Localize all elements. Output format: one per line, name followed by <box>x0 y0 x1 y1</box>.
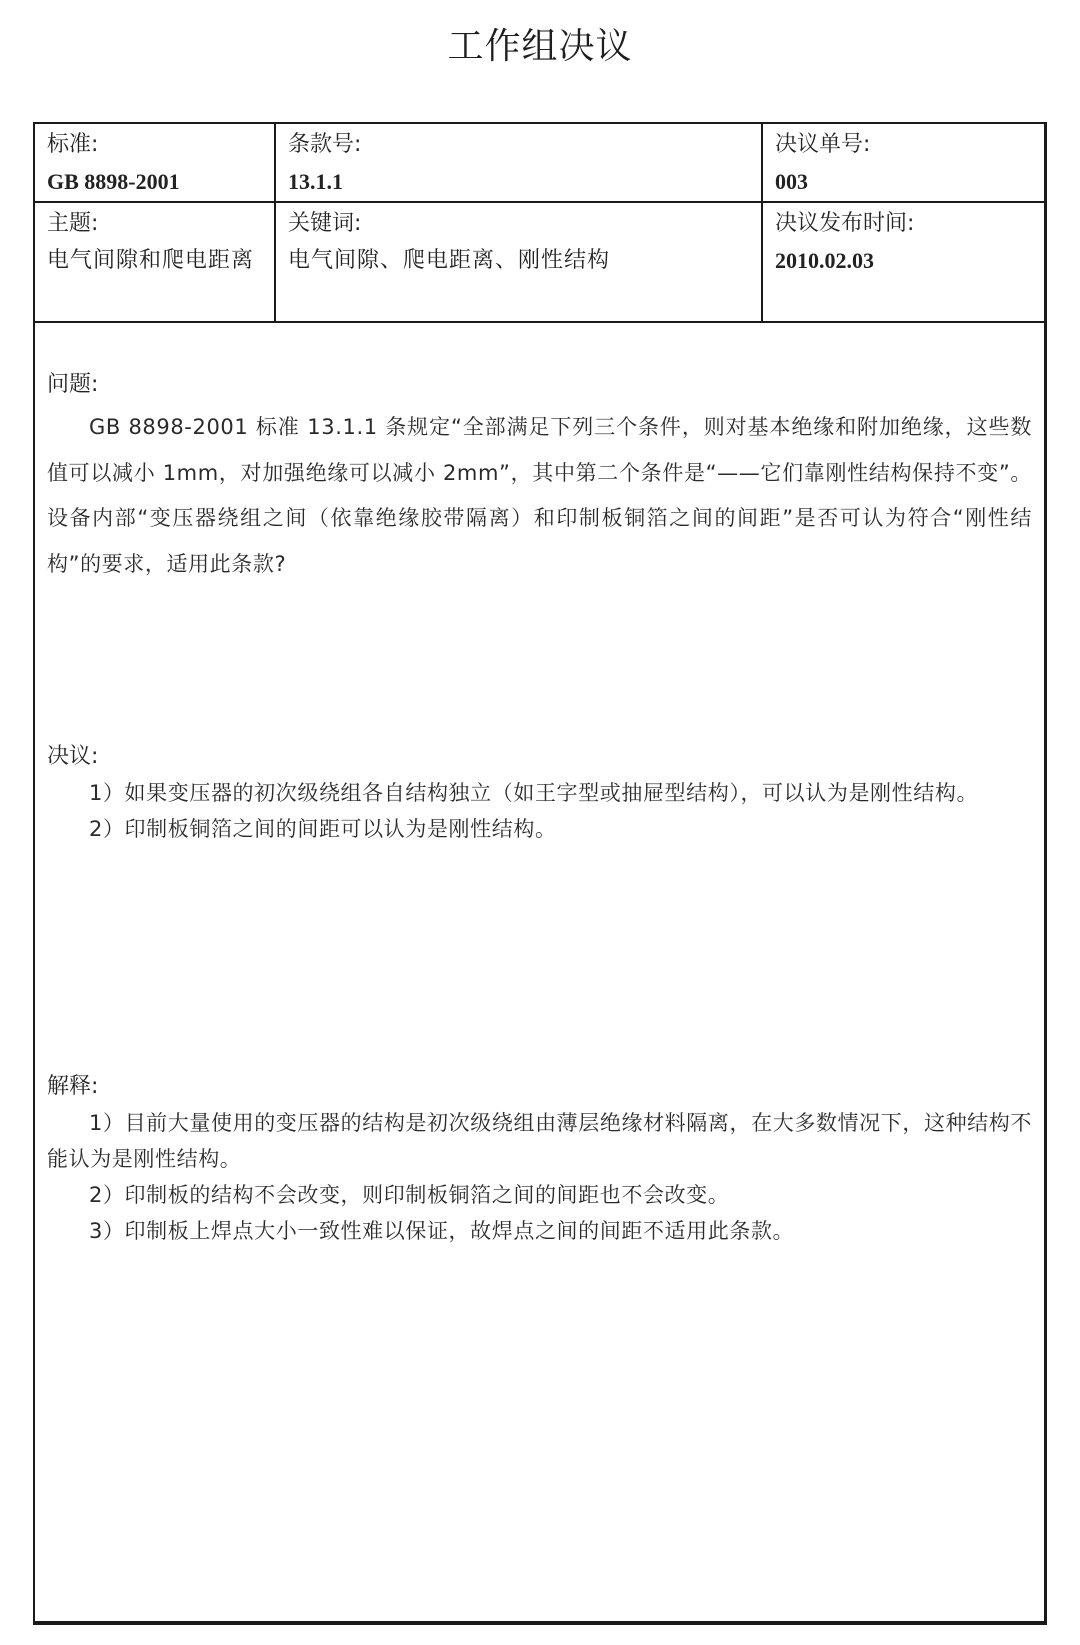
publish-date-cell: 决议发布时间: 2010.02.03 <box>763 203 1044 321</box>
publish-date-label: 决议发布时间: <box>775 205 1034 242</box>
explanation-item: 1）目前大量使用的变压器的结构是初次级绕组由薄层绝缘材料隔离，在大多数情况下，这… <box>47 1105 1032 1177</box>
standard-label: 标准: <box>47 126 264 163</box>
clause-label: 条款号: <box>288 126 751 163</box>
explanation-item: 2）印制板的结构不会改变，则印制板铜箔之间的间距也不会改变。 <box>47 1177 1032 1213</box>
keywords-cell: 关键词: 电气间隙、爬电距离、刚性结构 <box>276 203 763 321</box>
resolution-number-label: 决议单号: <box>775 126 1034 163</box>
resolution-number-cell: 决议单号: 003 <box>763 124 1044 203</box>
subject-cell: 主题: 电气间隙和爬电距离 <box>35 203 276 321</box>
explanation-item: 3）印制板上焊点大小一致性难以保证，故焊点之间的间距不适用此条款。 <box>47 1213 1032 1249</box>
resolution-item: 1）如果变压器的初次级绕组各自结构独立（如王字型或抽屉型结构），可以认为是刚性结… <box>47 775 1032 811</box>
resolution-form: 标准: GB 8898-2001 条款号: 13.1.1 决议单号: 003 主… <box>33 122 1047 1625</box>
explanation-label: 解释: <box>47 1069 98 1105</box>
resolution-number-value: 003 <box>775 163 1034 200</box>
standard-value: GB 8898-2001 <box>47 163 264 200</box>
question-label: 问题: <box>47 367 98 403</box>
header-table: 标准: GB 8898-2001 条款号: 13.1.1 决议单号: 003 主… <box>35 124 1044 323</box>
clause-value: 13.1.1 <box>288 163 751 200</box>
keywords-label: 关键词: <box>288 205 751 242</box>
standard-cell: 标准: GB 8898-2001 <box>35 124 276 203</box>
resolution-item: 2）印制板铜箔之间的间距可以认为是刚性结构。 <box>47 811 1032 847</box>
subject-value: 电气间隙和爬电距离 <box>47 242 264 279</box>
question-text: GB 8898-2001 标准 13.1.1 条规定“全部满足下列三个条件，则对… <box>47 405 1032 587</box>
publish-date-value: 2010.02.03 <box>775 242 1034 279</box>
subject-label: 主题: <box>47 205 264 242</box>
resolution-label: 决议: <box>47 739 98 775</box>
keywords-value: 电气间隙、爬电距离、刚性结构 <box>288 242 751 279</box>
resolution-list: 1）如果变压器的初次级绕组各自结构独立（如王字型或抽屉型结构），可以认为是刚性结… <box>47 775 1032 847</box>
clause-cell: 条款号: 13.1.1 <box>276 124 763 203</box>
document-title: 工作组决议 <box>0 18 1080 69</box>
explanation-list: 1）目前大量使用的变压器的结构是初次级绕组由薄层绝缘材料隔离，在大多数情况下，这… <box>47 1105 1032 1249</box>
